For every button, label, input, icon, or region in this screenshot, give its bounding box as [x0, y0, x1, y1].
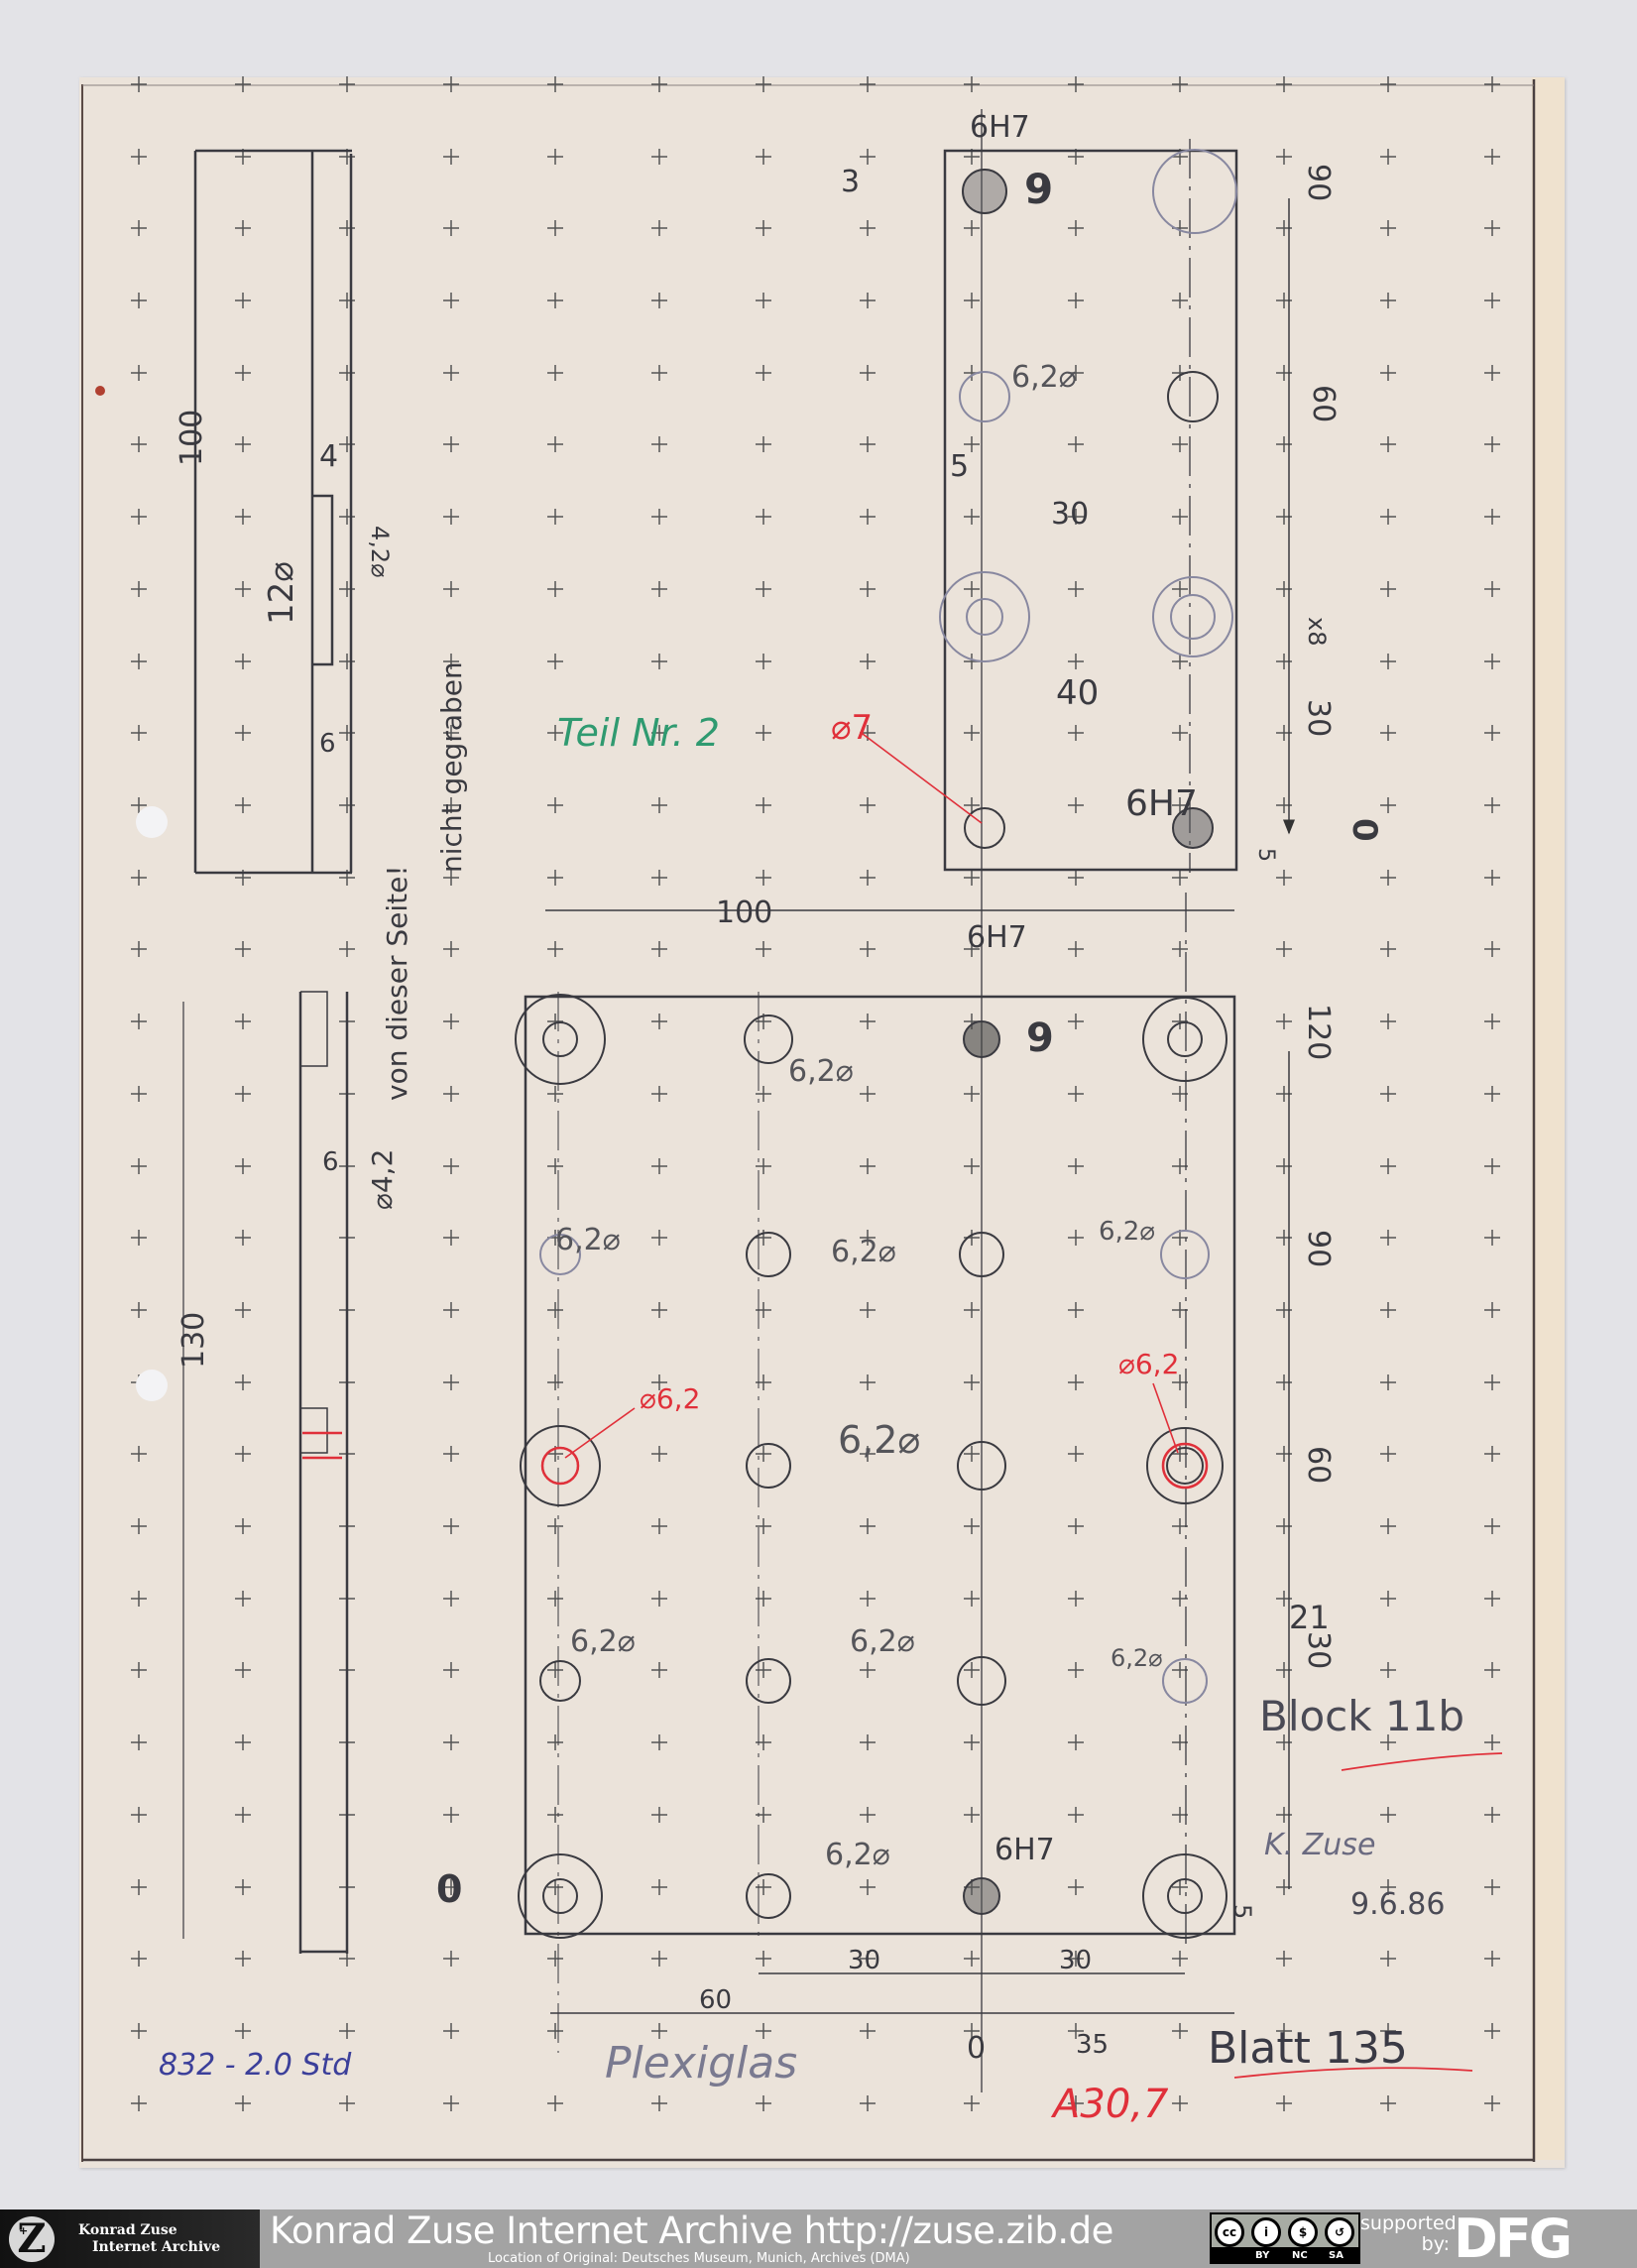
dim-x: x8: [1303, 617, 1331, 646]
dim-hole-row4b: 6,2⌀: [850, 1624, 915, 1659]
dim-21: 21: [1289, 1599, 1330, 1636]
archive-title-link[interactable]: Konrad Zuse Internet Archive http://zuse…: [270, 2209, 1113, 2252]
dim-6h7-plate: 6H7: [967, 920, 1027, 955]
technical-drawing: 6H7 3 9 6,2⌀ 5 30 40 6H7 90 60 x8 30 0 5…: [0, 0, 1637, 2211]
dim-6h7-bottom: 6H7: [1125, 783, 1198, 824]
dim-130-side: 130: [176, 1312, 211, 1369]
red-markings: [302, 734, 1502, 2078]
svg-text:832 - 2.0 Std: 832 - 2.0 Std: [159, 2048, 352, 2083]
dim-hole-row5: 6,2⌀: [825, 1838, 890, 1872]
dim-6h7-top: 6H7: [970, 110, 1030, 145]
pencil-lines: [183, 109, 1289, 2092]
dim-hole-row4a: 6,2⌀: [570, 1624, 636, 1659]
dim-60-plate: 60: [1301, 1446, 1336, 1484]
punch-hole: [136, 1370, 168, 1401]
nc-noncommercial-icon: $: [1288, 2217, 1318, 2247]
cc-license-badge[interactable]: cc i $ ↺ BY NC SA: [1210, 2212, 1360, 2264]
signature: K. Zuse: [1264, 1828, 1375, 1862]
logo-line-1: Konrad Zuse: [78, 2222, 220, 2239]
location-of-original: Location of Original: Deutsches Museum, …: [488, 2251, 910, 2266]
red-phi-7: ⌀7: [831, 708, 873, 748]
dim-hole-row2c: 6,2⌀: [1099, 1217, 1155, 1247]
punch-hole: [136, 806, 168, 838]
archive-footer: Z+− Konrad Zuse Internet Archive Konrad …: [0, 2209, 1637, 2268]
dim-hole-row3: 6,2⌀: [838, 1418, 920, 1462]
dim-30-right: 30: [1301, 699, 1336, 737]
dim-30-plate: 30: [1301, 1631, 1336, 1669]
date: 9.6.86: [1350, 1887, 1445, 1922]
dim-0-right: 0: [1345, 818, 1384, 842]
part-number-label: Teil Nr. 2: [557, 711, 720, 755]
material-label: Plexiglas: [605, 2038, 797, 2089]
z-logo-icon: Z+−: [9, 2216, 55, 2262]
dim-4-2-dia: 4,2⌀: [366, 526, 394, 578]
note-dia-4-2: ⌀4,2: [366, 1149, 399, 1210]
dim-hole-row4c: 6,2⌀: [1111, 1644, 1163, 1672]
order-note: 832 - 2.0 Std: [159, 2048, 352, 2083]
pencil-annotations: 6H7 3 9 6,2⌀ 5 30 40 6H7 90 60 x8 30 0 5…: [175, 110, 1464, 2089]
svg-text:Teil Nr. 2: Teil Nr. 2: [557, 711, 720, 755]
note-line-2: nicht gegraben: [435, 661, 468, 873]
by-attribution-icon: i: [1251, 2217, 1281, 2247]
red-ref: A30,7: [1050, 2082, 1169, 2127]
dim-12-dia: 12⌀: [262, 561, 301, 625]
note-line-1: von dieser Seite!: [381, 865, 413, 1101]
dim-6: 6: [319, 729, 336, 759]
dim-90: 90: [1301, 164, 1336, 201]
dim-0-left: 0: [436, 1867, 462, 1911]
dim-4: 4: [319, 439, 338, 474]
dim-hole-row1: 6,2⌀: [788, 1054, 854, 1089]
dfg-logo[interactable]: DFG: [1450, 2209, 1570, 2268]
supported-by-label: supported by:: [1360, 2209, 1450, 2268]
dim-5-bottom: 5: [1253, 848, 1278, 862]
dim-6h7-plate-bottom: 6H7: [994, 1833, 1055, 1867]
dim-9-slot: 9: [1024, 165, 1053, 213]
zuse-archive-logo[interactable]: Z+− Konrad Zuse Internet Archive: [0, 2209, 260, 2268]
dim-3: 3: [841, 165, 860, 199]
dim-35: 35: [1076, 2030, 1109, 2060]
dim-origin-0: 0: [967, 2031, 986, 2066]
dim-5: 5: [950, 449, 969, 484]
dim-100-side: 100: [175, 410, 209, 466]
dim-30: 30: [1051, 497, 1089, 532]
block-label: Block 11b: [1259, 1692, 1464, 1740]
dim-hole-row2a: 6,2⌀: [555, 1223, 621, 1257]
red-dia-left: ⌀6,2: [640, 1382, 700, 1415]
dim-30b: 30: [1059, 1946, 1092, 1975]
logo-line-2: Internet Archive: [78, 2239, 220, 2256]
dim-60: 60: [1306, 385, 1341, 422]
sheet-number: Blatt 135: [1208, 2023, 1408, 2074]
sa-sharealike-icon: ↺: [1325, 2217, 1354, 2247]
dim-9-plate: 9: [1026, 1015, 1054, 1061]
dim-100-width: 100: [716, 895, 772, 930]
red-dia-right: ⌀6,2: [1118, 1348, 1179, 1380]
dim-60-bottom: 60: [699, 1985, 732, 2015]
dim-40: 40: [1056, 673, 1099, 713]
dim-120: 120: [1301, 1004, 1336, 1060]
dim-30a: 30: [848, 1946, 880, 1975]
dim-hole-row2b: 6,2⌀: [831, 1235, 896, 1269]
dim-90-plate: 90: [1301, 1230, 1336, 1267]
dim-5-plate: 5: [1228, 1904, 1256, 1919]
dim-hole-6-2: 6,2⌀: [1011, 360, 1077, 395]
cc-icon: cc: [1215, 2217, 1244, 2247]
dim-6-lower: 6: [322, 1147, 339, 1177]
